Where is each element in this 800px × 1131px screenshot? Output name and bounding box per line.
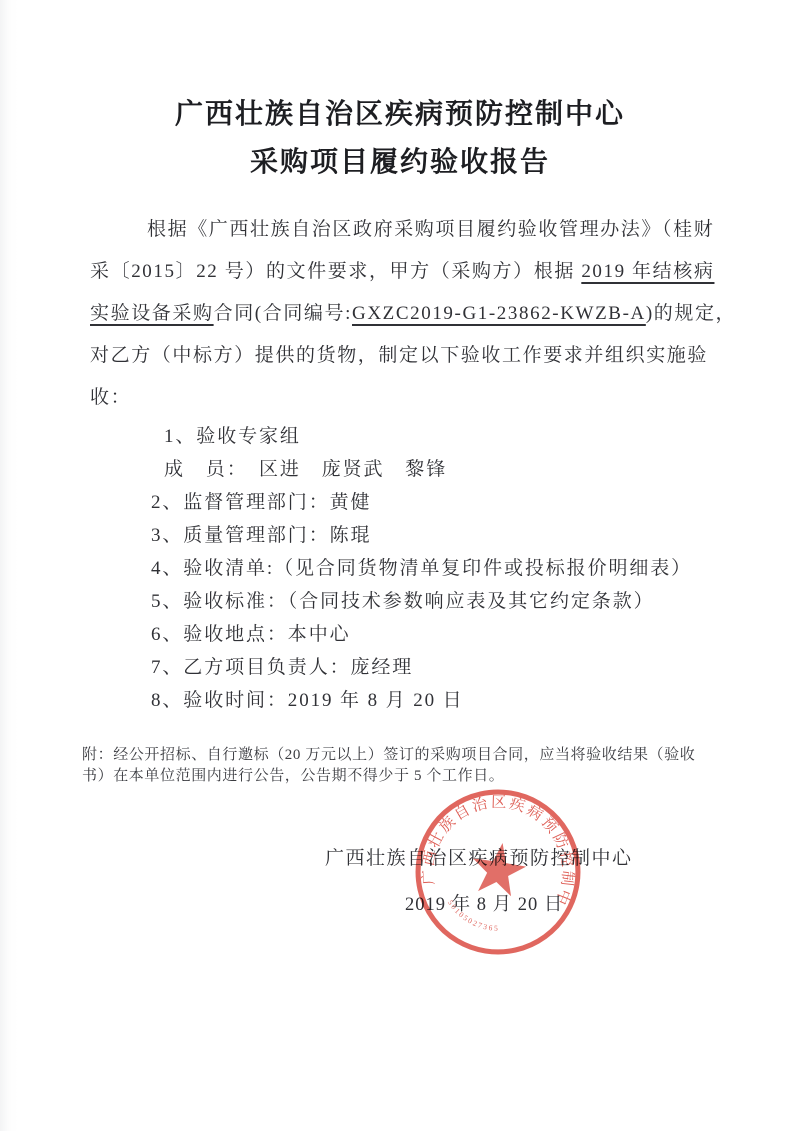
paragraph-line: 根据《广西壮族自治区政府采购项目履约验收管理办法》（桂财 [90,209,722,251]
underlined-text: 实验设备采购 [90,303,214,324]
paragraph-line: 对乙方（中标方）提供的货物，制定以下验收工作要求并组织实施验 [90,335,722,377]
footnote-line: 书）在本单位范围内进行公告，公告期不得少于 5 个工作日。 [82,766,742,787]
list-item-location: 6、验收地点：本中心 [151,618,748,651]
list-item-checklist: 4、验收清单:（见合同货物清单复印件或投标报价明细表） [151,552,748,585]
official-seal: 广西壮族自治区疾病预防控制中心 50105027365 [400,774,597,971]
underlined-text: 2019 年结核病 [581,261,714,282]
paragraph-text: 对乙方（中标方）提供的货物，制定以下验收工作要求并组织实施验 [90,345,708,366]
paragraph-text: 收： [90,387,131,408]
list-item-supervision-dept: 2、监督管理部门：黄健 [151,486,748,519]
seal-code: 50105027365 [442,897,503,934]
doc-title-line1: 广西壮族自治区疾病预防控制中心 [0,92,800,132]
list-item-expert-group: 1、验收专家组 [164,420,748,453]
acceptance-requirements-list: 1、验收专家组 成 员： 区进 庞贤武 黎锋 2、监督管理部门：黄健 3、质量管… [148,420,748,717]
paragraph-line: 收： [90,377,722,419]
list-item-quality-dept: 3、质量管理部门：陈琨 [151,519,748,552]
paragraph-text: 合同(合同编号: [214,303,352,324]
paragraph-text: 采〔2015〕22 号）的文件要求，甲方（采购方）根据 [90,261,581,282]
paragraph-text: )的规定， [646,303,736,324]
svg-text:广西壮族自治区疾病预防控制中心: 广西壮族自治区疾病预防控制中心 [400,774,590,910]
paragraph-line: 采〔2015〕22 号）的文件要求，甲方（采购方）根据 2019 年结核病 [90,251,722,293]
seal-star-icon [468,839,529,898]
paragraph-line: 实验设备采购合同(合同编号:GXZC2019-G1-23862-KWZB-A)的… [90,293,722,335]
paragraph-text: 根据《广西壮族自治区政府采购项目履约验收管理办法》（桂财 [147,219,714,240]
scanned-document-page: 广西壮族自治区疾病预防控制中心 采购项目履约验收报告 根据《广西壮族自治区政府采… [0,0,800,1131]
list-item-contact: 7、乙方项目负责人：庞经理 [151,651,748,684]
svg-text:50105027365: 50105027365 [442,897,503,934]
list-item-members: 成 员： 区进 庞贤武 黎锋 [164,453,748,486]
list-item-date: 8、验收时间：2019 年 8 月 20 日 [151,684,748,717]
doc-title-line2: 采购项目履约验收报告 [0,140,800,180]
contract-number: GXZC2019-G1-23862-KWZB-A [352,303,646,324]
list-item-standard: 5、验收标准：（合同技术参数响应表及其它约定条款） [151,585,748,618]
intro-paragraph: 根据《广西壮族自治区政府采购项目履约验收管理办法》（桂财 采〔2015〕22 号… [90,209,722,419]
footnote-line: 附：经公开招标、自行邀标（20 万元以上）签订的采购项目合同，应当将验收结果（验… [82,745,742,766]
seal-ring-text: 广西壮族自治区疾病预防控制中心 [400,774,590,910]
footnote: 附：经公开招标、自行邀标（20 万元以上）签订的采购项目合同，应当将验收结果（验… [82,745,742,786]
